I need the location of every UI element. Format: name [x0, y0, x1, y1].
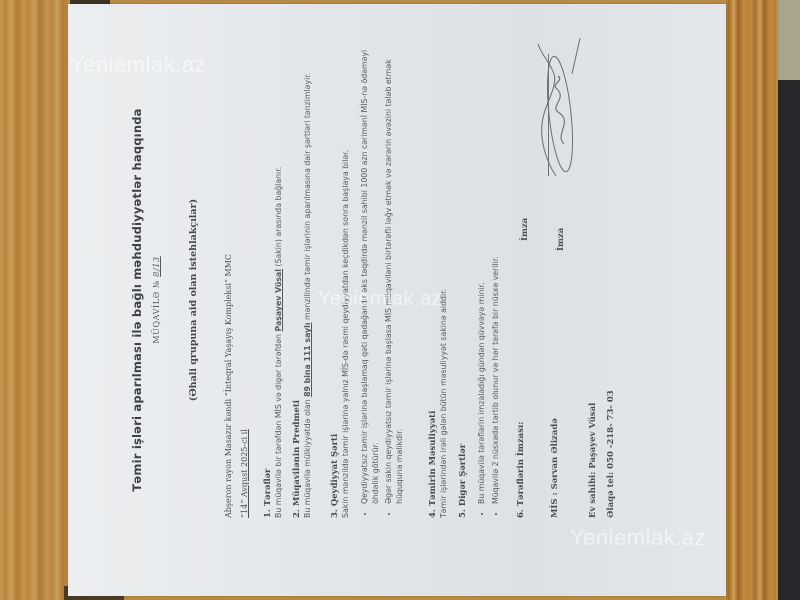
signature-label: İmza: [520, 218, 531, 241]
contract-number: MÜQAVİLƏ № 8/13: [152, 4, 163, 596]
wooden-surface-left: [0, 0, 70, 600]
document-title: Təmir işləri aparılması ilə bağlı məhdud…: [130, 4, 146, 596]
contact-phone: Əlaqə tel: 050 -218- 73- 03: [606, 390, 617, 518]
contract-document: Təmir işləri aparılması ilə bağlı məhdud…: [68, 4, 726, 596]
list-item: Qeydiyyatsız təmir işlərinə başlamaq qət…: [360, 48, 381, 504]
contract-date: “14” Avqust 2025-ci il: [240, 429, 251, 518]
section-heading: 3. Qeydiyyat Şərti: [330, 48, 341, 518]
background-wall: [778, 0, 800, 80]
section-text: Bu müqavilə bir tərəfdən MİS və digər tə…: [274, 48, 285, 518]
contract-label: MÜQAVİLƏ №: [152, 280, 161, 344]
list-item: Müqavilə 2 nüsxədə tərtib olunur və hər …: [491, 48, 502, 504]
section-parties: 1. Tərəflər Bu müqavilə bir tərəfdən MİS…: [263, 48, 285, 518]
bullet-list: Qeydiyyatsız təmir işlərinə başlamaq qət…: [360, 48, 405, 518]
signatory-owner: Ev sahibi: Paşayev Vüsal: [588, 403, 599, 518]
section-other-terms: 5. Digər Şərtlər Bu müqavilə tərəflərin …: [458, 48, 505, 518]
apartment-address: 89 bina 111 saylı: [303, 322, 312, 396]
wooden-frame-right: [724, 0, 779, 600]
section-text: Sakin mənzildə təmir işlərinə yalnız MİS…: [341, 48, 352, 518]
section-subject: 2. Müqavilənin Predmeti Bu müqavilə mülk…: [292, 48, 314, 518]
contract-number-value: 8/13: [152, 256, 161, 276]
handwritten-signature: [528, 34, 603, 184]
section-heading: 6. Tərəflərin İmzası:: [516, 48, 527, 518]
section-heading: 2. Müqavilənin Predmeti: [292, 48, 303, 518]
section-heading: 1. Tərəflər: [263, 48, 274, 518]
section-signatures: 6. Tərəflərin İmzası:: [516, 48, 527, 518]
contract-place: Abşeron rayon Masazır kəndi “İnteqral Ya…: [224, 254, 235, 518]
section-text: Bu müqavilə mülkiyyətdə olan 89 bina 111…: [303, 48, 314, 518]
signature-label: İmza: [556, 228, 567, 251]
document-subtitle: (Əhali qrupuna aid olan istehlakçılar): [188, 4, 201, 596]
resident-name: Paşayev Vüsal: [274, 269, 283, 331]
section-registration: 3. Qeydiyyat Şərti Sakin mənzildə təmir …: [330, 48, 408, 518]
section-heading: 4. Təmirin Məsuliyyəti: [428, 48, 439, 518]
list-item: Əgər sakin qeydiyyatsız təmir işlərinə b…: [384, 48, 405, 504]
dark-background: [778, 0, 800, 600]
section-text: Təmir işlərindən irəli gələn bütün məsul…: [439, 48, 450, 518]
bullet-list: Bu müqavilə tərəflərin imzaladığı gündən…: [477, 48, 501, 518]
section-heading: 5. Digər Şərtlər: [458, 48, 469, 518]
list-item: Bu müqavilə tərəflərin imzaladığı gündən…: [477, 48, 488, 504]
section-responsibility: 4. Təmirin Məsuliyyəti Təmir işlərindən …: [428, 48, 450, 518]
signatory-mis: MİS : Sərvan Əlizadə: [550, 418, 561, 518]
